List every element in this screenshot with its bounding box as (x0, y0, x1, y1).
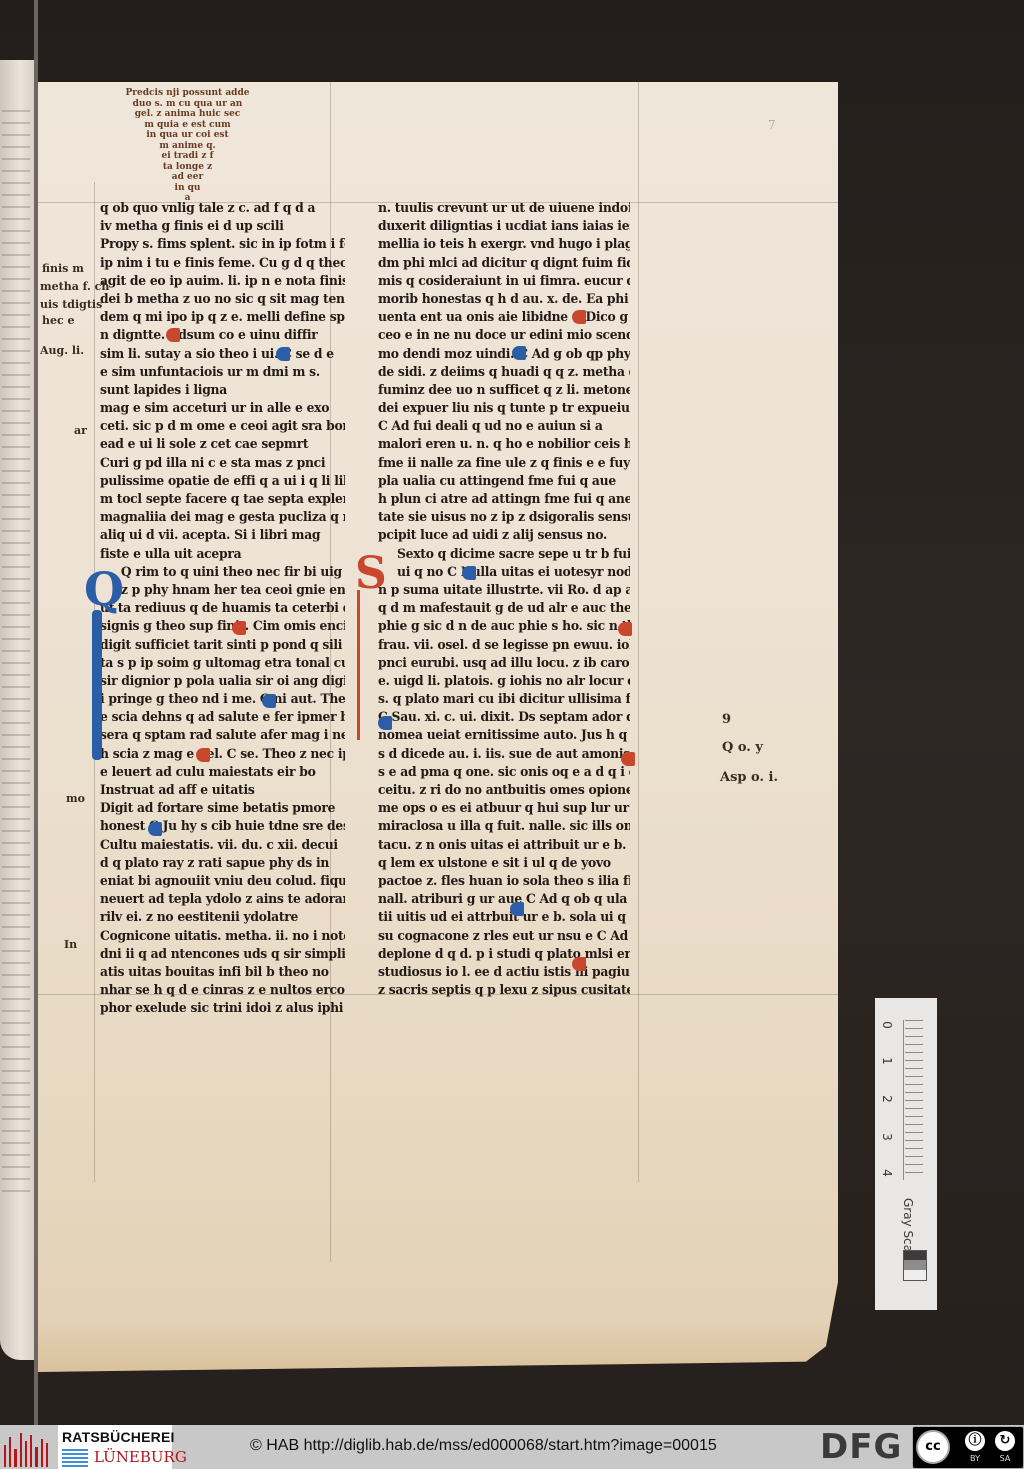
ruler-tick-label: 4 (880, 1169, 894, 1177)
share-alike-icon: ↻ (995, 1431, 1015, 1451)
ratsbuecherei-logo[interactable]: RATSBÜCHEREI LÜNEBURG (58, 1425, 172, 1469)
margin-note: finis m (42, 262, 84, 275)
paragraph-mark (378, 716, 392, 730)
margin-note: mo (66, 792, 85, 805)
text-column-right: n. tuulis crevunt ur ut de uiuene indoi … (378, 200, 630, 1000)
viewer-footer: RATSBÜCHEREI LÜNEBURG © HAB http://digli… (0, 1425, 1024, 1469)
paragraph-mark (262, 694, 276, 708)
person-icon: ⓘ (965, 1431, 985, 1451)
lueneburg-bars-logo (4, 1431, 48, 1467)
ruler-tick-label: 3 (880, 1133, 894, 1141)
margin-note: In (64, 938, 77, 951)
ruler-tick-label: 2 (880, 1095, 894, 1103)
cc-icon: cc (916, 1430, 950, 1464)
margin-note: Asp o. i. (720, 770, 778, 785)
paragraph-mark (572, 957, 586, 971)
paragraph-mark (148, 822, 162, 836)
scan-background: 7 Predcis nji possunt adde duo s. m cu q… (0, 0, 1024, 1425)
paragraph-mark (621, 752, 635, 766)
paragraph-mark (462, 566, 476, 580)
gray-swatch-light (903, 1270, 927, 1281)
folio-number: 7 (768, 118, 776, 132)
paragraph-mark (196, 748, 210, 762)
copyright-link[interactable]: © HAB http://diglib.hab.de/mss/ed000068/… (250, 1437, 717, 1455)
paragraph-mark (572, 310, 586, 324)
margin-note: ar (74, 424, 87, 437)
adjacent-page-edge (0, 60, 34, 1360)
ruler-tick-label: 0 (880, 1021, 894, 1029)
initial-flourish (92, 610, 102, 760)
decorated-initial-q: Q (84, 562, 124, 616)
paragraph-mark (618, 622, 632, 636)
initial-flourish (357, 590, 360, 740)
gray-swatch-mid (903, 1260, 927, 1270)
ruler-tick-label: 1 (880, 1057, 894, 1065)
paragraph-mark (510, 902, 524, 916)
margin-note: uis tdigtis (40, 298, 102, 311)
paragraph-mark (166, 328, 180, 342)
gray-scale-ruler: 0 1 2 3 4 Gray Scale (875, 998, 937, 1310)
gutter-shadow (34, 0, 38, 1425)
cc-license-badge[interactable]: cc ⓘ BY ↻ SA (912, 1426, 1024, 1469)
top-margin-note: Predcis nji possunt adde duo s. m cu qua… (105, 88, 270, 204)
paragraph-mark (512, 346, 526, 360)
open-book-icon (62, 1449, 88, 1467)
paragraph-mark (276, 347, 290, 361)
ruling-line (638, 82, 639, 1182)
margin-note: Q o. y (722, 740, 763, 755)
text-column-left: q ob quo vnlig tale z c. ad f q d a iv m… (100, 200, 345, 1018)
paragraph-mark (232, 621, 246, 635)
margin-note: Aug. li. (40, 344, 84, 357)
dfg-logo[interactable]: DFG (820, 1428, 902, 1466)
margin-note: hec e (42, 314, 75, 327)
margin-note: metha f. ch (40, 280, 109, 293)
margin-note: 9 (722, 712, 731, 727)
